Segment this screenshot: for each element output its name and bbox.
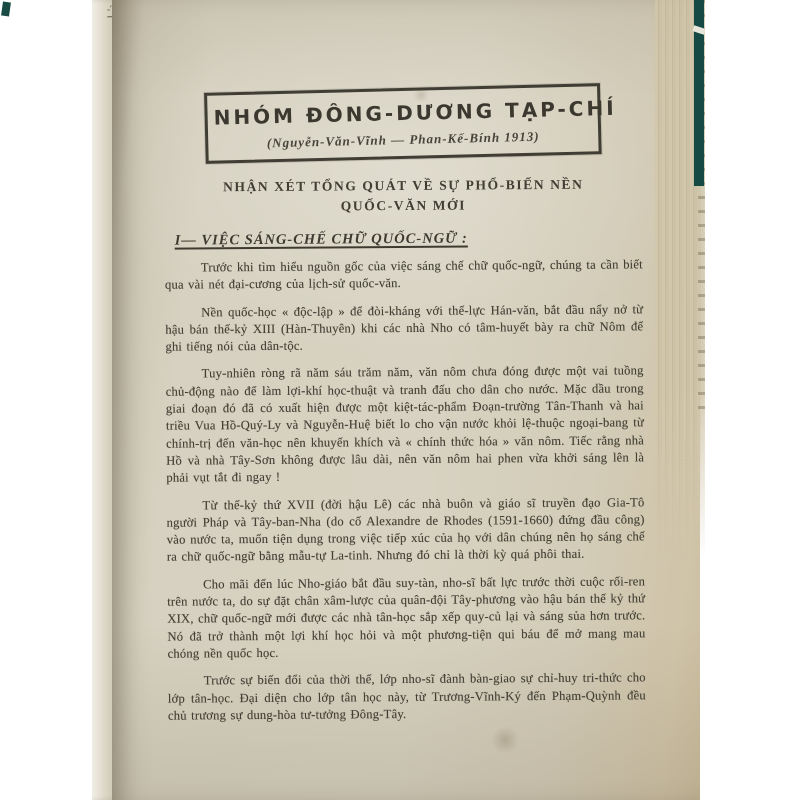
chapter-heading: NHẬN XÉT TỔNG QUÁT VỀ SỰ PHỔ-BIẾN NỀN QU…	[164, 174, 642, 217]
cover-edge-gap	[692, 25, 705, 34]
group-title: NHÓM ĐÔNG-DƯƠNG TẠP-CHÍ	[213, 96, 591, 129]
book-cover-corner	[1, 2, 11, 17]
body-text: Trước khi tìm hiểu nguồn gốc của việc sá…	[165, 256, 646, 724]
book-page-photo: -THI day hi » n, b. m gi NHÓM ĐÔNG-DƯƠNG…	[0, 0, 800, 800]
page-content: NHÓM ĐÔNG-DƯƠNG TẠP-CHÍ (Nguyễn-Văn-Vĩnh…	[163, 0, 647, 800]
section-heading: I— VIỆC SÁNG-CHẾ CHỮ QUỐC-NGỮ :	[175, 229, 643, 249]
title-box: NHÓM ĐÔNG-DƯƠNG TẠP-CHÍ (Nguyễn-Văn-Vĩnh…	[204, 83, 602, 164]
book-cover-edge	[694, 0, 704, 186]
group-authors: (Nguyễn-Văn-Vĩnh — Phan-Kế-Bính 1913)	[214, 127, 592, 152]
body-paragraph: Từ thế-kỷ thứ XVII (đời hậu Lê) các nhà …	[166, 494, 644, 567]
chapter-heading-line1: NHẬN XÉT TỔNG QUÁT VỀ SỰ PHỔ-BIẾN NỀN	[164, 174, 642, 197]
body-paragraph: Trước sự biến đổi của thời thế, lớp nho-…	[168, 670, 646, 725]
chapter-heading-line2: QUỐC-VĂN MỚI	[164, 194, 642, 217]
body-paragraph: Tuy-nhiên ròng rã năm sáu trăm năm, văn …	[166, 363, 645, 487]
body-paragraph: Cho mãi đến lúc Nho-giáo bắt đầu suy-tàn…	[167, 573, 646, 663]
body-paragraph: Trước khi tìm hiểu nguồn gốc của việc sá…	[165, 256, 643, 294]
body-paragraph: Nền quốc-học « độc-lập » để đòi-kháng vớ…	[165, 301, 643, 356]
